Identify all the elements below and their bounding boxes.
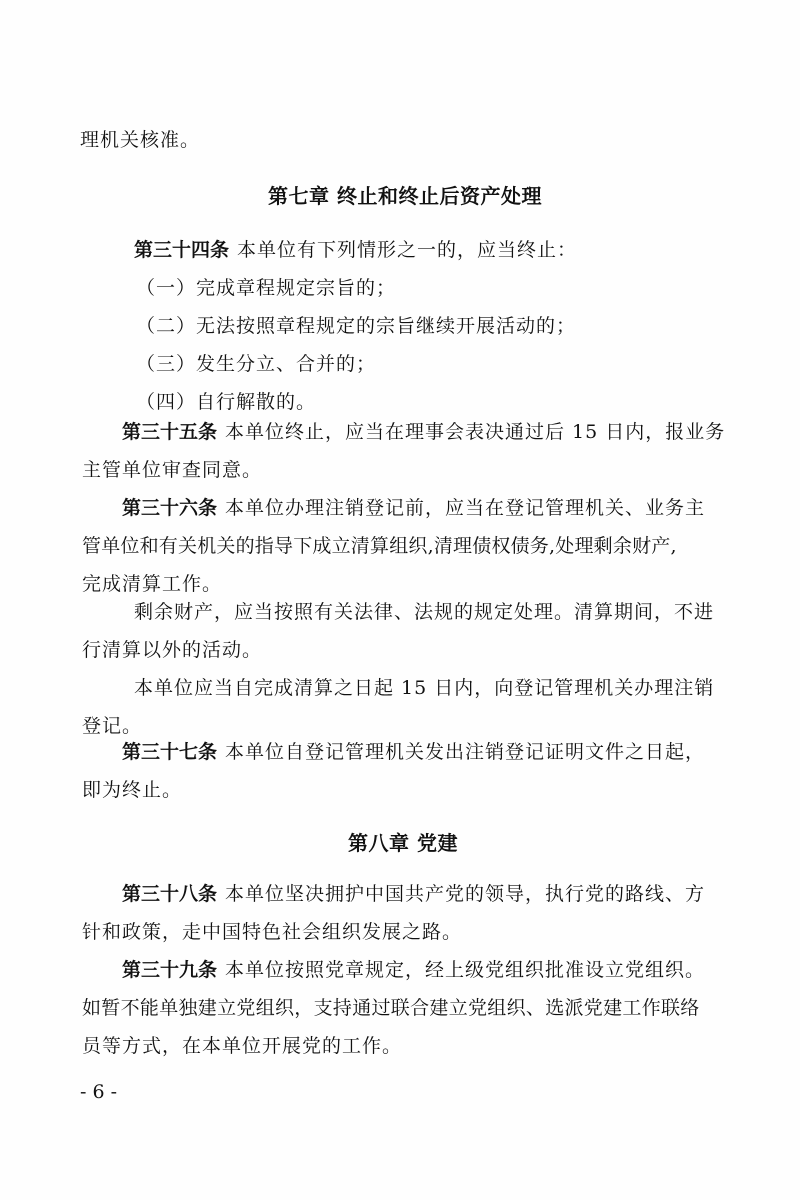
chapter-7-title: 第七章 终止和终止后资产处理 — [0, 183, 800, 209]
article-38-label: 第三十八条 — [122, 883, 217, 905]
article-34-item-1: （一）完成章程规定宗旨的； — [136, 276, 396, 300]
article-35: 第三十五条本单位终止，应当在理事会表决通过后 15 日内，报业务 — [122, 420, 725, 444]
article-34-label: 第三十四条 — [134, 239, 229, 261]
article-36-para-2-line-1: 剩余财产，应当按照有关法律、法规的规定处理。清算期间，不进 — [134, 600, 714, 624]
article-39: 第三十九条本单位按照党章规定，经上级党组织批准设立党组织。 — [122, 958, 705, 982]
article-36-label: 第三十六条 — [122, 497, 217, 519]
article-37-line-1: 本单位自登记管理机关发出注销登记证明文件之日起， — [225, 741, 705, 763]
article-36-line-3: 完成清算工作。 — [82, 572, 222, 596]
article-37: 第三十七条本单位自登记管理机关发出注销登记证明文件之日起， — [122, 740, 705, 764]
article-36-para-3-line-1: 本单位应当自完成清算之日起 15 日内，向登记管理机关办理注销 — [134, 676, 714, 700]
article-35-label: 第三十五条 — [122, 421, 217, 443]
article-35-line-1: 本单位终止，应当在理事会表决通过后 15 日内，报业务 — [225, 421, 725, 443]
article-37-label: 第三十七条 — [122, 741, 217, 763]
article-34-text: 本单位有下列情形之一的，应当终止： — [237, 239, 577, 261]
continuation-text: 理机关核准。 — [80, 128, 200, 152]
article-39-line-1: 本单位按照党章规定，经上级党组织批准设立党组织。 — [225, 959, 705, 981]
article-36-para-2-line-2: 行清算以外的活动。 — [82, 638, 262, 662]
article-38: 第三十八条本单位坚决拥护中国共产党的领导，执行党的路线、方 — [122, 882, 705, 906]
article-36-para-3-line-2: 登记。 — [82, 714, 142, 738]
article-37-line-2: 即为终止。 — [82, 778, 182, 802]
article-36-line-1: 本单位办理注销登记前，应当在登记管理机关、业务主 — [225, 497, 705, 519]
page-number: - 6 - — [80, 1080, 117, 1104]
article-34-item-3: （三）发生分立、合并的； — [136, 352, 376, 376]
document-page: 理机关核准。 第七章 终止和终止后资产处理 第三十四条本单位有下列情形之一的，应… — [0, 0, 800, 1200]
article-38-line-2: 针和政策，走中国特色社会组织发展之路。 — [82, 920, 462, 944]
article-39-line-2: 如暂不能单独建立党组织，支持通过联合建立党组织、选派党建工作联络 — [82, 996, 700, 1020]
article-38-line-1: 本单位坚决拥护中国共产党的领导，执行党的路线、方 — [225, 883, 705, 905]
chapter-8-title: 第八章 党建 — [0, 830, 800, 856]
article-39-line-3: 员等方式，在本单位开展党的工作。 — [82, 1034, 402, 1058]
article-34-item-4: （四）自行解散的。 — [136, 390, 316, 414]
article-34-item-2: （二）无法按照章程规定的宗旨继续开展活动的； — [136, 314, 576, 338]
article-34: 第三十四条本单位有下列情形之一的，应当终止： — [134, 238, 577, 262]
article-36: 第三十六条本单位办理注销登记前，应当在登记管理机关、业务主 — [122, 496, 705, 520]
article-35-line-2: 主管单位审查同意。 — [82, 458, 262, 482]
article-36-line-2: 管单位和有关机关的指导下成立清算组织,清理债权债务,处理剩余财产, — [82, 534, 677, 558]
article-39-label: 第三十九条 — [122, 959, 217, 981]
